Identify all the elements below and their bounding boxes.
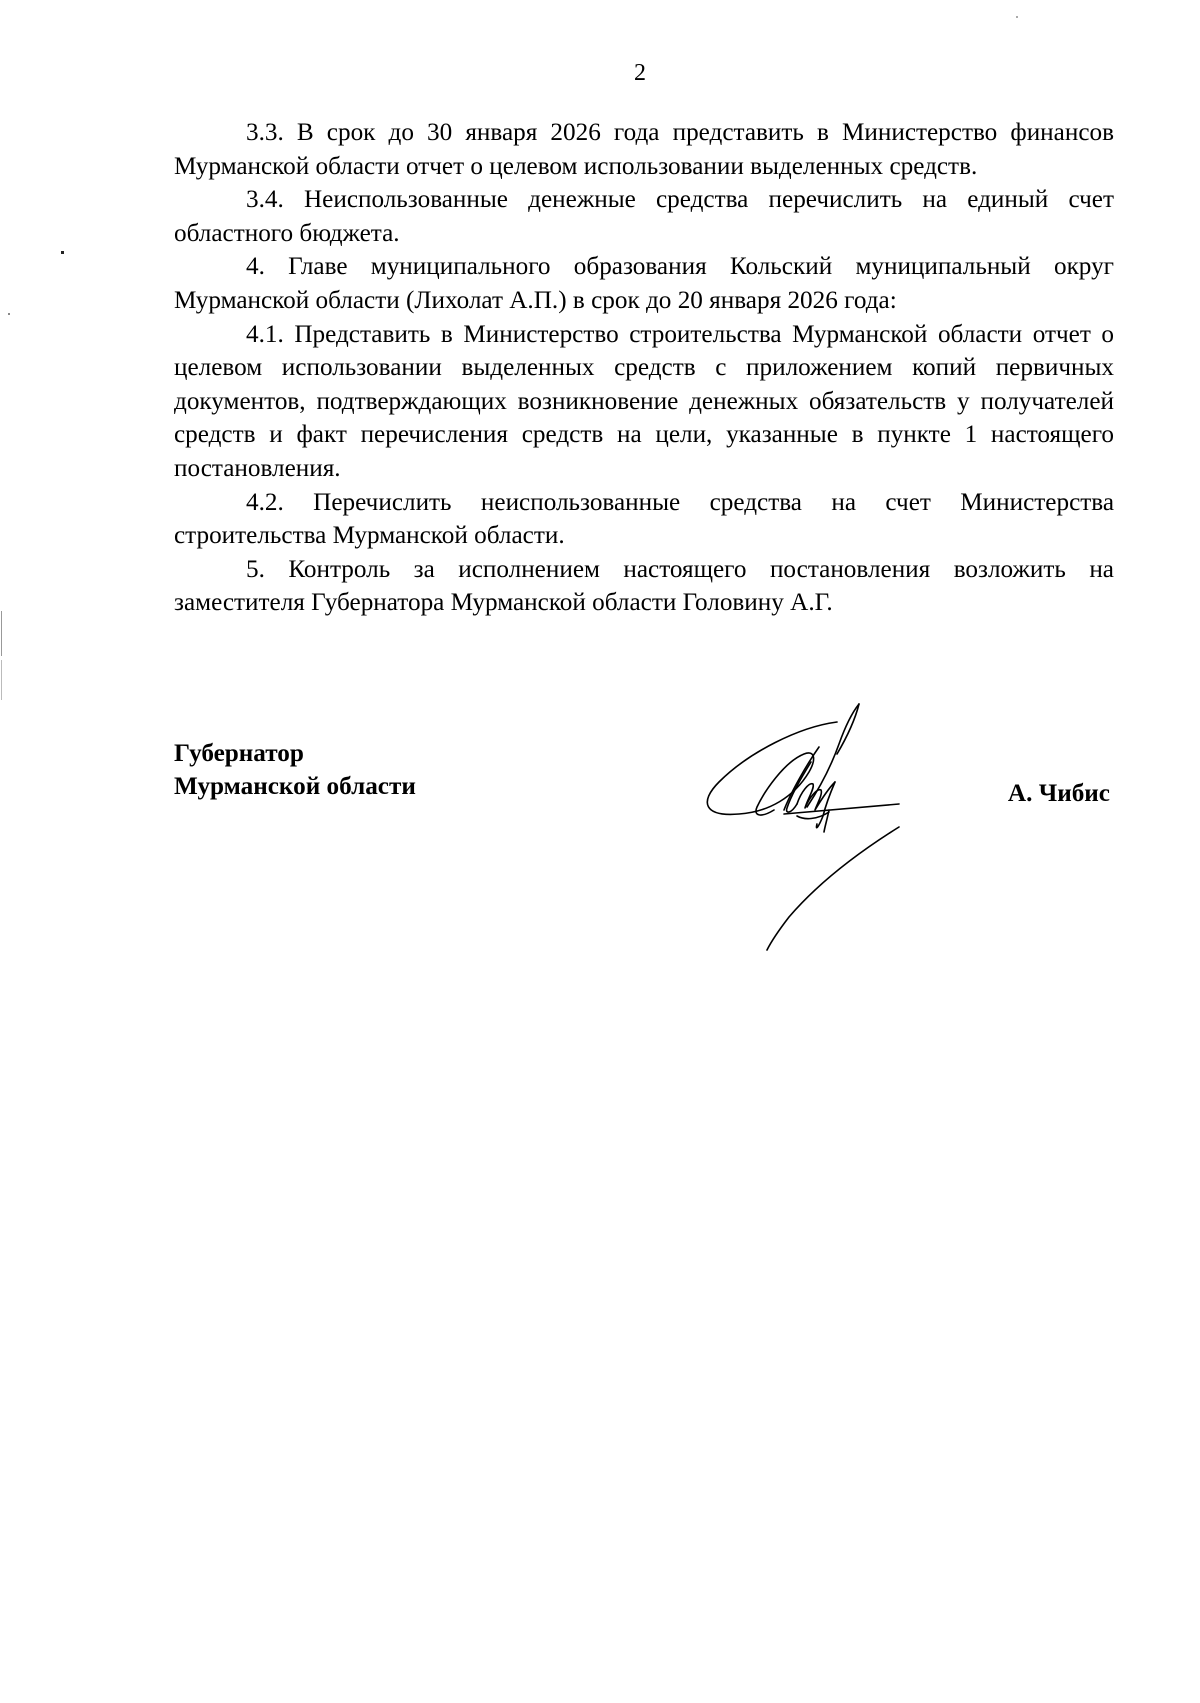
scan-speck [1016, 16, 1018, 18]
paragraph-4: 4. Главе муниципального образования Коль… [174, 250, 1114, 317]
scan-speck [61, 251, 64, 254]
handwritten-signature-icon [659, 692, 919, 952]
paragraph-3-4: 3.4. Неиспользованные денежные средства … [174, 183, 1114, 250]
signatory-title: Губернатор Мурманской области [174, 737, 416, 803]
page-number: 2 [0, 58, 1200, 88]
scan-edge-line [1, 611, 2, 656]
scan-edge-line [1, 660, 2, 700]
document-body: 3.3. В срок до 30 января 2026 года предс… [174, 116, 1114, 620]
signatory-title-line1: Губернатор [174, 737, 416, 770]
signatory-name: А. Чибис [1008, 777, 1110, 810]
signatory-title-line2: Мурманской области [174, 770, 416, 803]
paragraph-4-1: 4.1. Представить в Министерство строител… [174, 318, 1114, 486]
signature-block: Губернатор Мурманской области А. Чибис [174, 737, 1114, 957]
paragraph-5: 5. Контроль за исполнением настоящего по… [174, 553, 1114, 620]
paragraph-4-2: 4.2. Перечислить неиспользованные средст… [174, 486, 1114, 553]
paragraph-3-3: 3.3. В срок до 30 января 2026 года предс… [174, 116, 1114, 183]
scan-speck [8, 313, 10, 315]
